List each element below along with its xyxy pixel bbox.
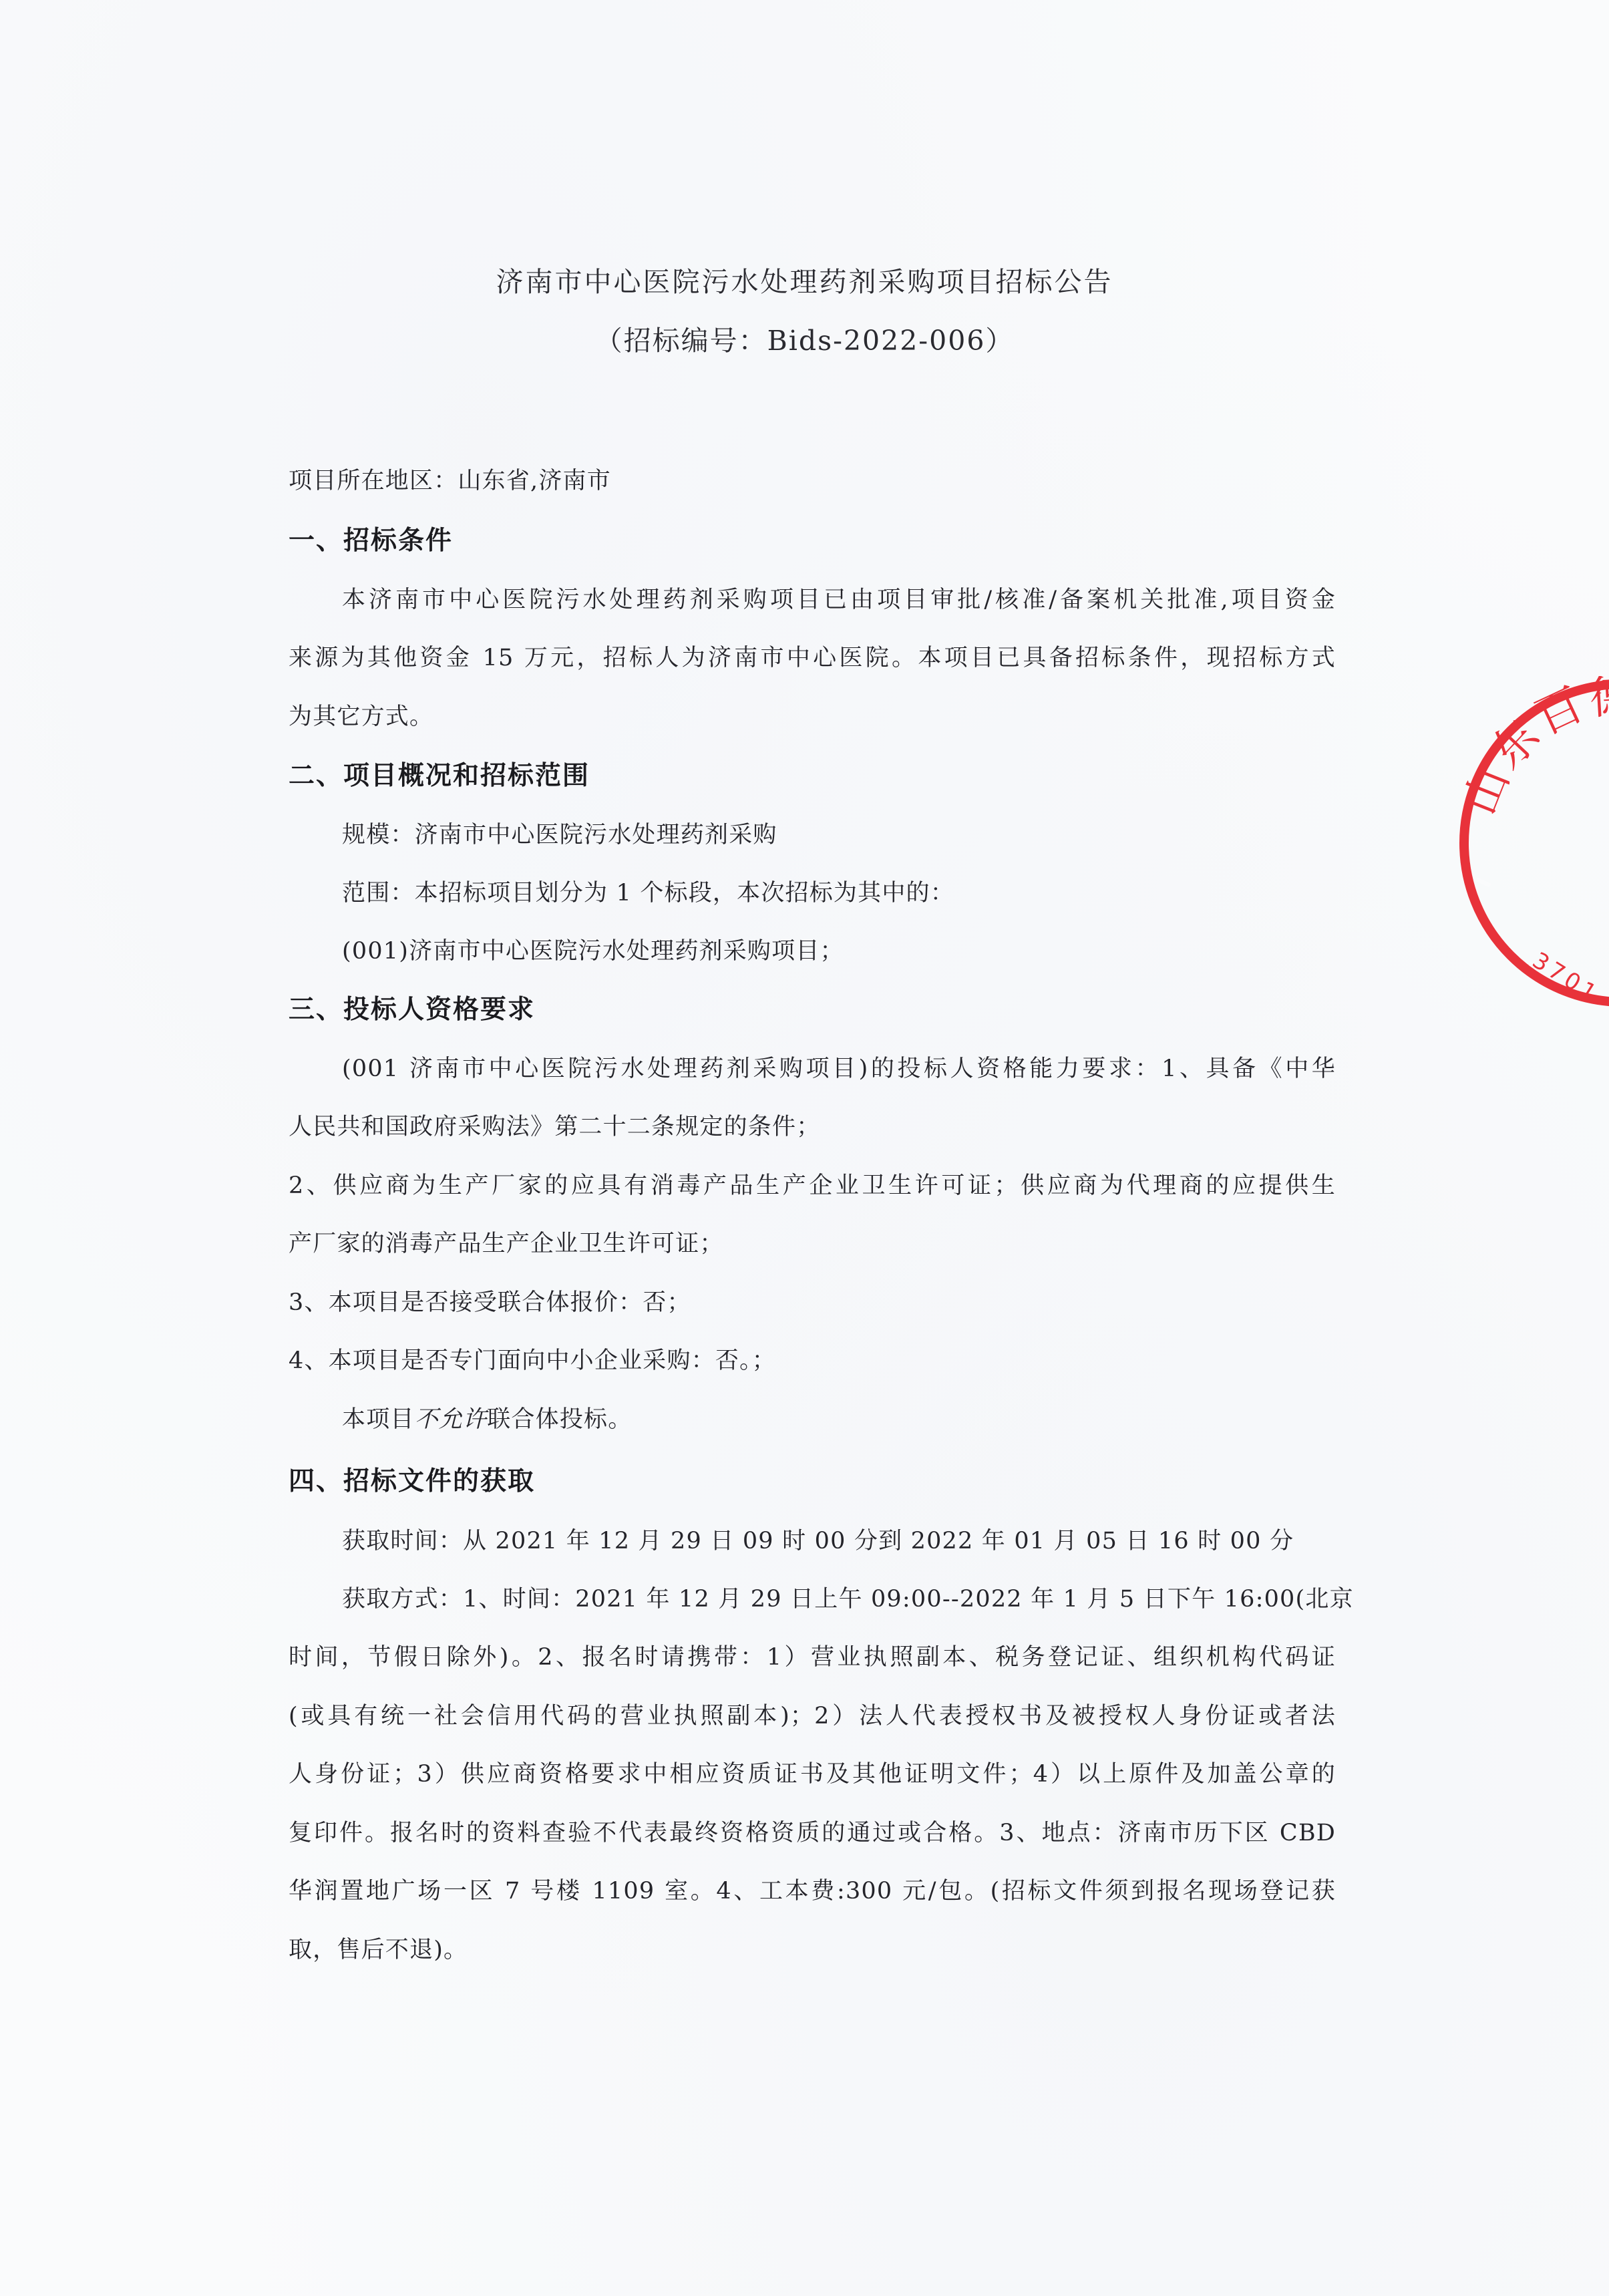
section-1-line-2: 来源为其他资金 15 万元，招标人为济南市中心医院。本项目已具备招标条件，现招标… <box>289 643 1336 673</box>
section-4-line-7: 华润置地广场一区 7 号楼 1109 室。4、工本费:300 元/包。(招标文件… <box>289 1876 1336 1906</box>
section-heading-1: 一、招标条件 <box>289 525 453 557</box>
scope-line: 范围：本招标项目划分为 1 个标段，本次招标为其中的： <box>342 878 954 908</box>
section-4-line-5: 人身份证；3）供应商资格要求中相应资质证书及其他证明文件；4）以上原件及加盖公章… <box>289 1760 1336 1789</box>
paragraph-text: 获取方式：1、时间：2021 年 12 月 29 日上午 09:00--2022… <box>342 1585 1336 1614</box>
consortium-quote-line: 3、本项目是否接受联合体报价：否； <box>289 1288 691 1317</box>
paragraph-text: 华润置地广场一区 7 号楼 1109 室。4、工本费:300 元/包。(招标文件… <box>289 1876 1336 1906</box>
section-3-line-3: 2、供应商为生产厂家的应具有消毒产品生产企业卫生许可证；供应商为代理商的应提供生 <box>289 1171 1336 1200</box>
scanned-page: 济南市中心医院污水处理药剂采购项目招标公告 （招标编号：Bids-2022-00… <box>0 0 1609 2296</box>
paragraph-text: 复印件。报名时的资料查验不代表最终资格资质的通过或合格。3、地点：济南市历下区 … <box>289 1818 1336 1848</box>
section-heading-2: 二、项目概况和招标范围 <box>289 760 590 792</box>
paragraph-text: 人身份证；3）供应商资格要求中相应资质证书及其他证明文件；4）以上原件及加盖公章… <box>289 1760 1336 1789</box>
section-4-line-6: 复印件。报名时的资料查验不代表最终资格资质的通过或合格。3、地点：济南市历下区 … <box>289 1818 1336 1848</box>
paragraph-text: 时间，节假日除外)。2、报名时请携带：1）营业执照副本、税务登记证、组织机构代码… <box>289 1643 1336 1672</box>
paragraph-text: 来源为其他资金 15 万元，招标人为济南市中心医院。本项目已具备招标条件，现招标… <box>289 643 1336 673</box>
bid-number: （招标编号：Bids-2022-006） <box>0 323 1609 358</box>
section-heading-3: 三、投标人资格要求 <box>289 994 535 1026</box>
section-4-line-8: 取，售后不退)。 <box>289 1935 468 1965</box>
consortium-bid-line: 本项目不允许联合体投标。 <box>342 1405 632 1434</box>
section-3-line-4: 产厂家的消毒产品生产企业卫生许可证； <box>289 1229 724 1259</box>
document-title: 济南市中心医院污水处理药剂采购项目招标公告 <box>0 265 1609 299</box>
seal-text: 山东百德思 <box>1456 676 1609 822</box>
paragraph-text: (001 济南市中心医院污水处理药剂采购项目)的投标人资格能力要求：1、具备《中… <box>342 1054 1336 1084</box>
sme-line: 4、本项目是否专门面向中小企业采购：否。； <box>289 1346 776 1375</box>
section-heading-4: 四、招标文件的获取 <box>289 1466 535 1498</box>
paragraph-text: 本济南市中心医院污水处理药剂采购项目已由项目审批/核准/备案机关批准,项目资金 <box>342 585 1336 615</box>
project-region: 项目所在地区：山东省,济南市 <box>289 466 611 496</box>
paragraph-text: (或具有统一社会信用代码的营业执照副本)；2）法人代表授权书及被授权人身份证或者… <box>289 1701 1336 1731</box>
section-4-line-4: (或具有统一社会信用代码的营业执照副本)；2）法人代表授权书及被授权人身份证或者… <box>289 1701 1336 1731</box>
consortium-suffix: 联合体投标。 <box>487 1406 632 1433</box>
lot-line: (001)济南市中心医院污水处理药剂采购项目； <box>342 937 844 966</box>
paragraph-text: 2、供应商为生产厂家的应具有消毒产品生产企业卫生许可证；供应商为代理商的应提供生 <box>289 1171 1336 1200</box>
acquisition-time-line: 获取时间：从 2021 年 12 月 29 日 09 时 00 分到 2022 … <box>342 1526 1294 1556</box>
section-3-line-2: 人民共和国政府采购法》第二十二条规定的条件； <box>289 1112 820 1142</box>
company-seal-stamp: 山东百德思 3701 <box>1456 676 1609 1010</box>
consortium-prefix: 本项目 <box>342 1406 415 1433</box>
section-4-line-2: 获取方式：1、时间：2021 年 12 月 29 日上午 09:00--2022… <box>342 1585 1336 1614</box>
scale-line: 规模：济南市中心医院污水处理药剂采购 <box>342 820 777 850</box>
svg-text:山东百德思: 山东百德思 <box>1456 676 1609 822</box>
consortium-emphasis: 不允许 <box>415 1406 488 1433</box>
section-4-line-3: 时间，节假日除外)。2、报名时请携带：1）营业执照副本、税务登记证、组织机构代码… <box>289 1643 1336 1672</box>
section-1-line-1: 本济南市中心医院污水处理药剂采购项目已由项目审批/核准/备案机关批准,项目资金 <box>342 585 1336 615</box>
section-1-line-3: 为其它方式。 <box>289 702 433 731</box>
section-3-line-1: (001 济南市中心医院污水处理药剂采购项目)的投标人资格能力要求：1、具备《中… <box>342 1054 1336 1084</box>
